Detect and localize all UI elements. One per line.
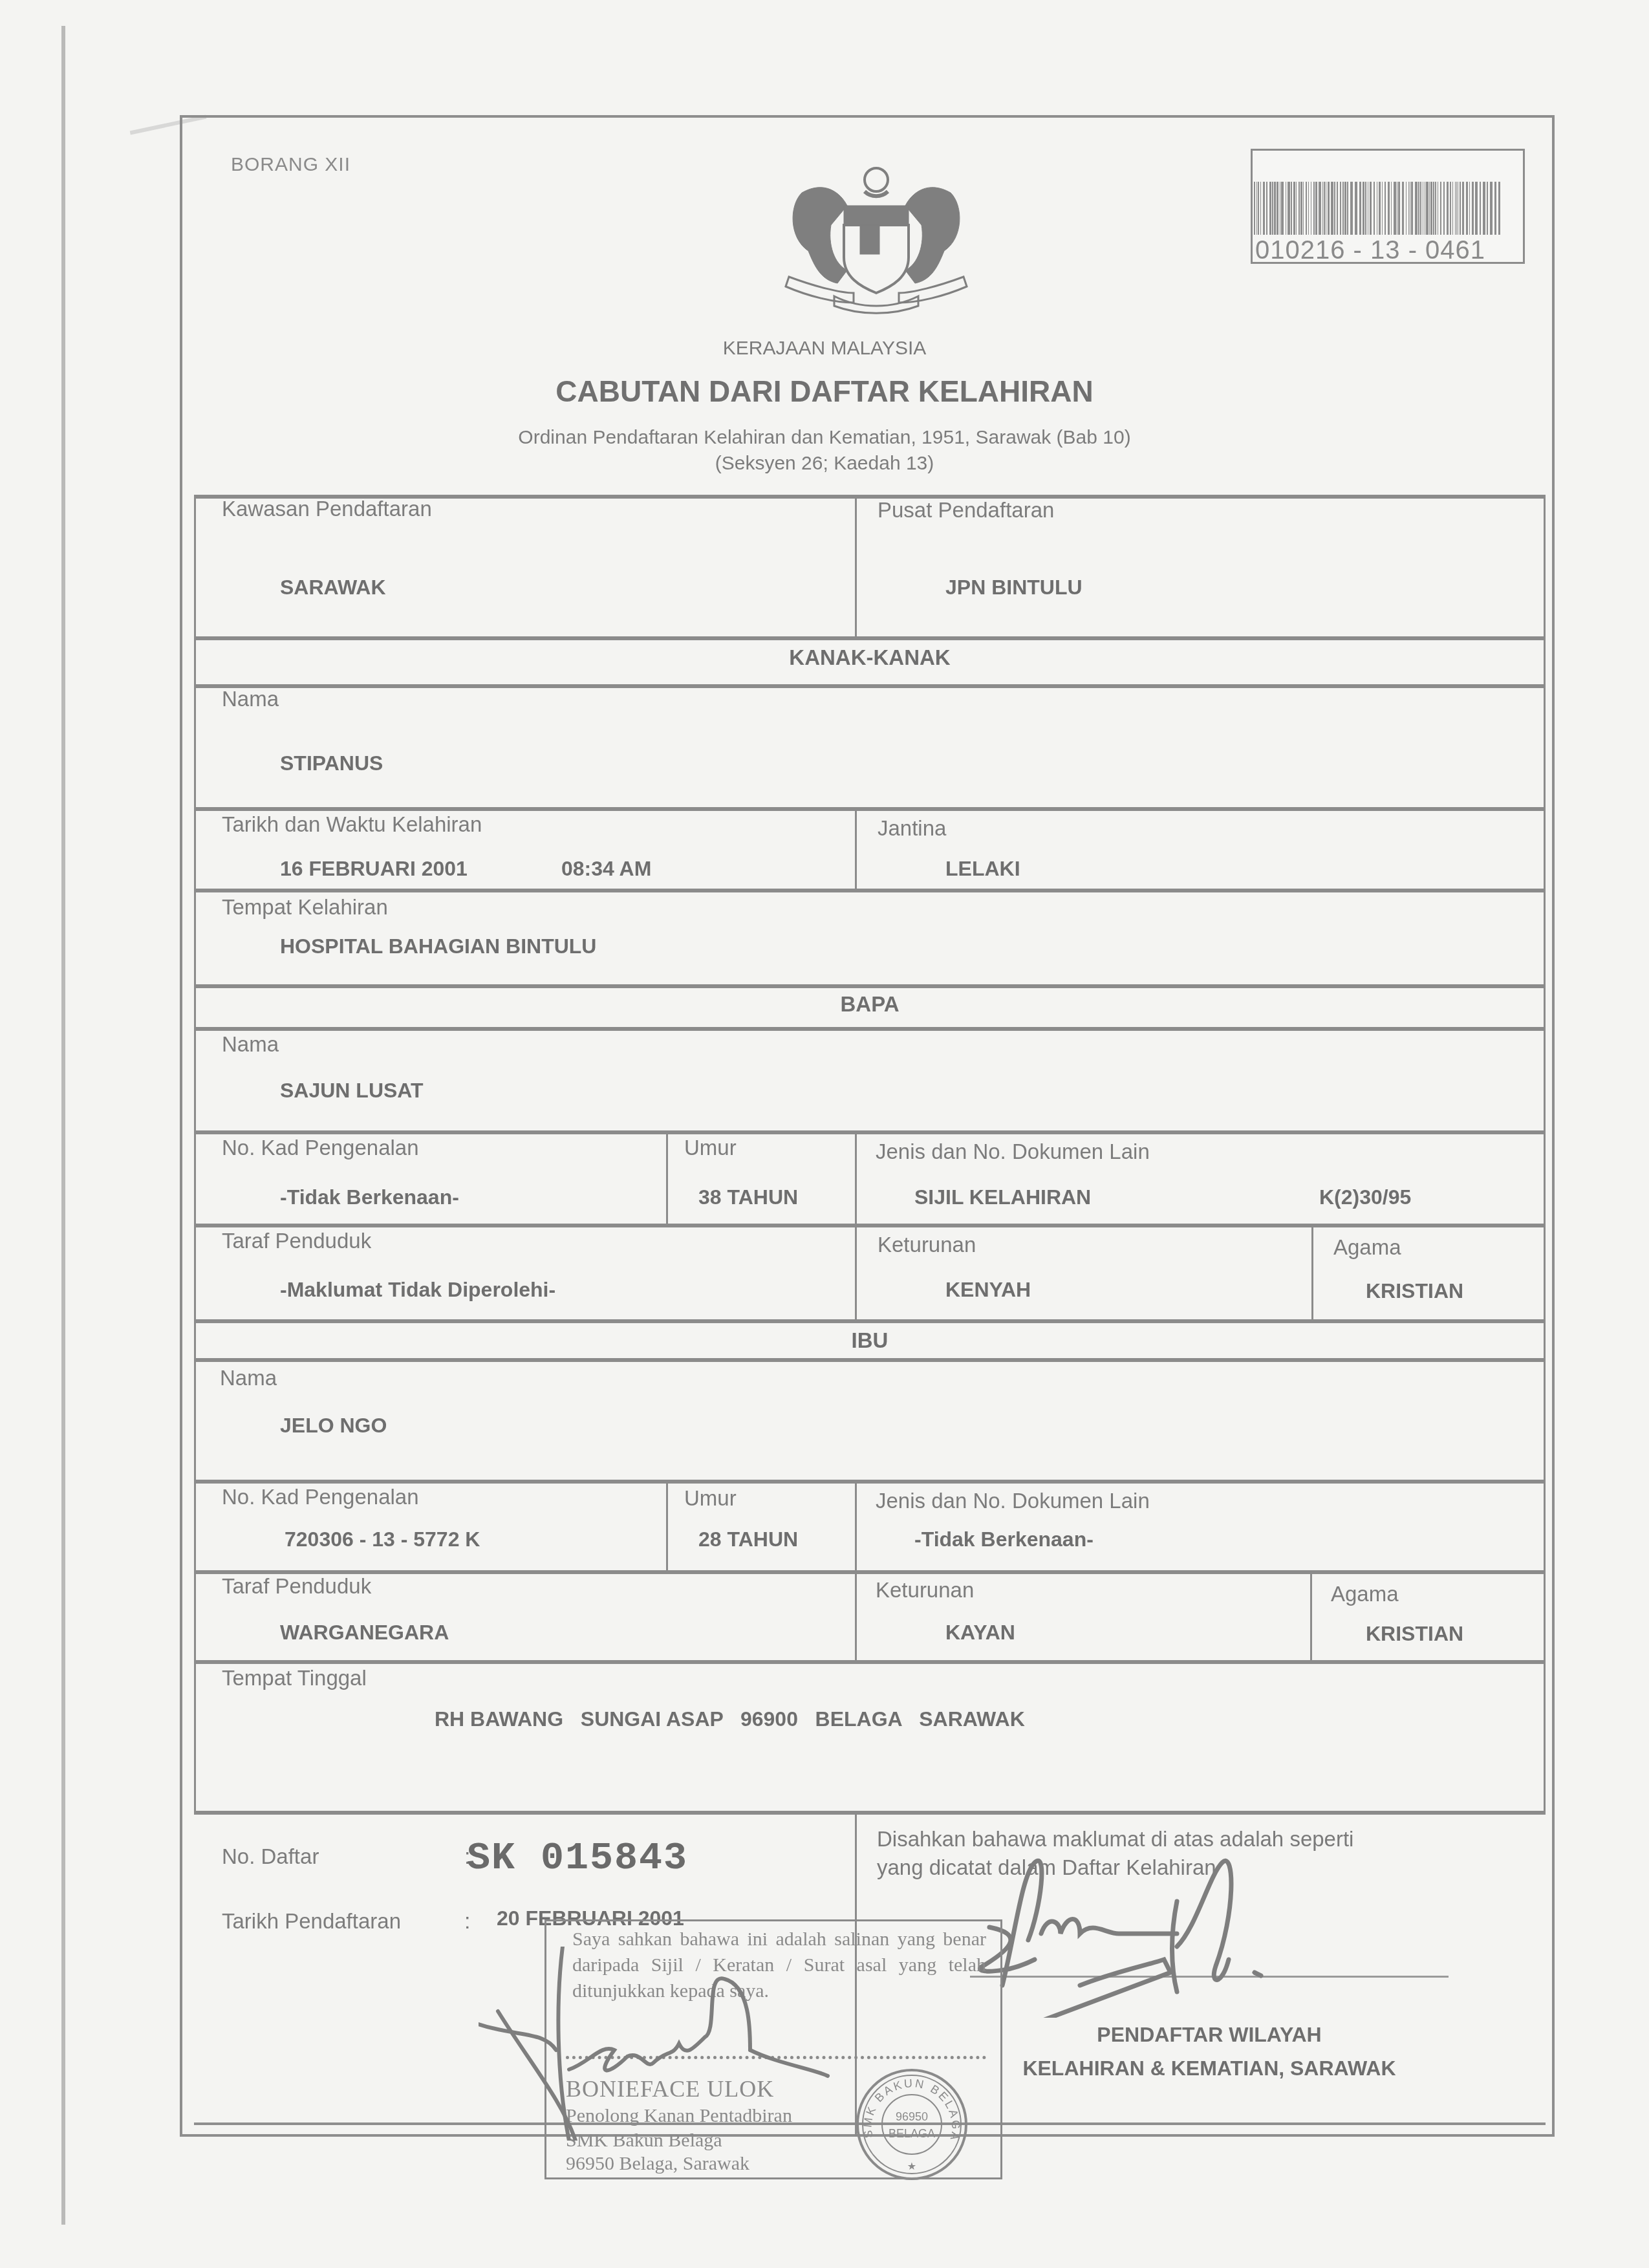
- reg-no-label: No. Daftar: [222, 1844, 319, 1869]
- row-divider: [194, 1319, 1546, 1323]
- row-divider: [194, 1660, 1546, 1664]
- father-religion-value: KRISTIAN: [1366, 1279, 1463, 1303]
- mother-ic-label: No. Kad Pengenalan: [222, 1485, 419, 1509]
- row-divider: [194, 1811, 1546, 1815]
- column-divider: [855, 810, 857, 889]
- father-ic-value: -Tidak Berkenaan-: [280, 1185, 459, 1209]
- row-divider: [194, 889, 1546, 892]
- colon: :: [464, 1909, 470, 1934]
- school-seal-icon: SMK BAKUN BELAGA 96950 BELAGA ★: [854, 2066, 970, 2183]
- father-ic-label: No. Kad Pengenalan: [222, 1136, 419, 1160]
- stamp-address: 96950 Belaga, Sarawak: [566, 2153, 749, 2175]
- row-divider: [194, 1027, 1546, 1031]
- father-name-value: SAJUN LUSAT: [280, 1079, 424, 1103]
- mother-religion-value: KRISTIAN: [1366, 1622, 1463, 1646]
- mother-section-title: IBU: [194, 1328, 1546, 1353]
- reg-date-label: Tarikh Pendaftaran: [222, 1909, 401, 1934]
- column-divider: [1311, 1226, 1313, 1319]
- residence-value: RH BAWANG SUNGAI ASAP 96900 BELAGA SARAW…: [435, 1707, 1025, 1731]
- column-divider: [855, 1133, 857, 1319]
- father-doc-type: SIJIL KELAHIRAN: [914, 1185, 1091, 1209]
- column-divider: [855, 1482, 857, 1660]
- father-race-value: KENYAH: [945, 1278, 1031, 1302]
- father-doc-label: Jenis dan No. Dokumen Lain: [876, 1139, 1150, 1164]
- father-race-label: Keturunan: [878, 1233, 976, 1257]
- row-divider: [194, 1480, 1546, 1484]
- child-name-value: STIPANUS: [280, 751, 383, 775]
- father-section-title: BAPA: [194, 992, 1546, 1017]
- mother-status-value: WARGANEGARA: [280, 1621, 449, 1645]
- mother-race-label: Keturunan: [876, 1578, 974, 1603]
- column-divider: [855, 497, 857, 636]
- mother-age-value: 28 TAHUN: [698, 1528, 798, 1551]
- dob-date: 16 FEBRUARI 2001: [280, 857, 468, 881]
- row-divider: [194, 684, 1546, 688]
- form-code: BORANG XII: [231, 154, 350, 176]
- father-status-label: Taraf Penduduk: [222, 1229, 371, 1253]
- mother-name-value: JELO NGO: [280, 1414, 387, 1438]
- barcode-number: 010216 - 13 - 0461: [1255, 236, 1485, 265]
- document-title: CABUTAN DARI DAFTAR KELAHIRAN: [0, 374, 1649, 409]
- row-divider: [194, 1130, 1546, 1134]
- section-reference: (Seksyen 26; Kaedah 13): [0, 453, 1649, 475]
- father-age-label: Umur: [684, 1136, 737, 1160]
- child-name-label: Nama: [222, 687, 279, 711]
- centre-value: JPN BINTULU: [945, 576, 1083, 599]
- mother-doc-label: Jenis dan No. Dokumen Lain: [876, 1489, 1150, 1513]
- officer-signature-icon: [479, 1947, 841, 2141]
- column-divider: [666, 1133, 668, 1224]
- row-divider: [194, 1224, 1546, 1227]
- mother-name-label: Nama: [220, 1366, 277, 1390]
- reg-no-value: SK 015843: [467, 1837, 688, 1881]
- column-divider: [1310, 1573, 1312, 1660]
- seal-postcode: 96950: [896, 2110, 928, 2123]
- row-divider: [194, 984, 1546, 988]
- row-divider: [194, 1570, 1546, 1574]
- gender-value: LELAKI: [945, 857, 1020, 881]
- father-status-value: -Maklumat Tidak Diperolehi-: [280, 1278, 555, 1302]
- government-name: KERAJAAN MALAYSIA: [0, 338, 1649, 360]
- father-name-label: Nama: [222, 1032, 279, 1057]
- dob-time: 08:34 AM: [561, 857, 651, 881]
- centre-label: Pusat Pendaftaran: [878, 498, 1054, 523]
- father-religion-label: Agama: [1333, 1235, 1401, 1260]
- area-value: SARAWAK: [280, 576, 386, 599]
- registrar-signature-icon: [951, 1837, 1313, 2018]
- row-divider: [194, 1358, 1546, 1362]
- registrar-title-2: KELAHIRAN & KEMATIAN, SARAWAK: [983, 2057, 1436, 2080]
- registrar-title-1: PENDAFTAR WILAYAH: [983, 2023, 1436, 2047]
- child-section-title: KANAK-KANAK: [194, 645, 1546, 670]
- form-left-border: [194, 495, 196, 1814]
- dob-label: Tarikh dan Waktu Kelahiran: [222, 812, 482, 837]
- mother-doc-value: -Tidak Berkenaan-: [914, 1528, 1094, 1551]
- row-divider: [194, 807, 1546, 811]
- birthplace-value: HOSPITAL BAHAGIAN BINTULU: [280, 934, 596, 958]
- mother-status-label: Taraf Penduduk: [222, 1574, 371, 1599]
- malaysia-coat-of-arms-icon: [776, 154, 976, 316]
- barcode-icon: [1254, 182, 1501, 235]
- area-label: Kawasan Pendaftaran: [222, 497, 432, 521]
- mother-religion-label: Agama: [1331, 1582, 1399, 1606]
- residence-label: Tempat Tinggal: [222, 1666, 367, 1690]
- mother-age-label: Umur: [684, 1486, 737, 1511]
- ordinance-reference: Ordinan Pendaftaran Kelahiran dan Kemati…: [0, 427, 1649, 449]
- barcode-box: 010216 - 13 - 0461: [1251, 149, 1525, 264]
- form-right-border: [1544, 495, 1546, 1814]
- seal-town: BELAGA: [889, 2127, 935, 2140]
- father-age-value: 38 TAHUN: [698, 1185, 798, 1209]
- column-divider: [666, 1482, 668, 1570]
- birthplace-label: Tempat Kelahiran: [222, 895, 388, 920]
- father-doc-number: K(2)30/95: [1319, 1185, 1411, 1209]
- seal-star-icon: ★: [907, 2161, 916, 2172]
- mother-race-value: KAYAN: [945, 1621, 1015, 1645]
- gender-label: Jantina: [878, 816, 946, 841]
- mother-ic-value: 720306 - 13 - 5772 K: [285, 1528, 480, 1551]
- row-divider: [194, 636, 1546, 640]
